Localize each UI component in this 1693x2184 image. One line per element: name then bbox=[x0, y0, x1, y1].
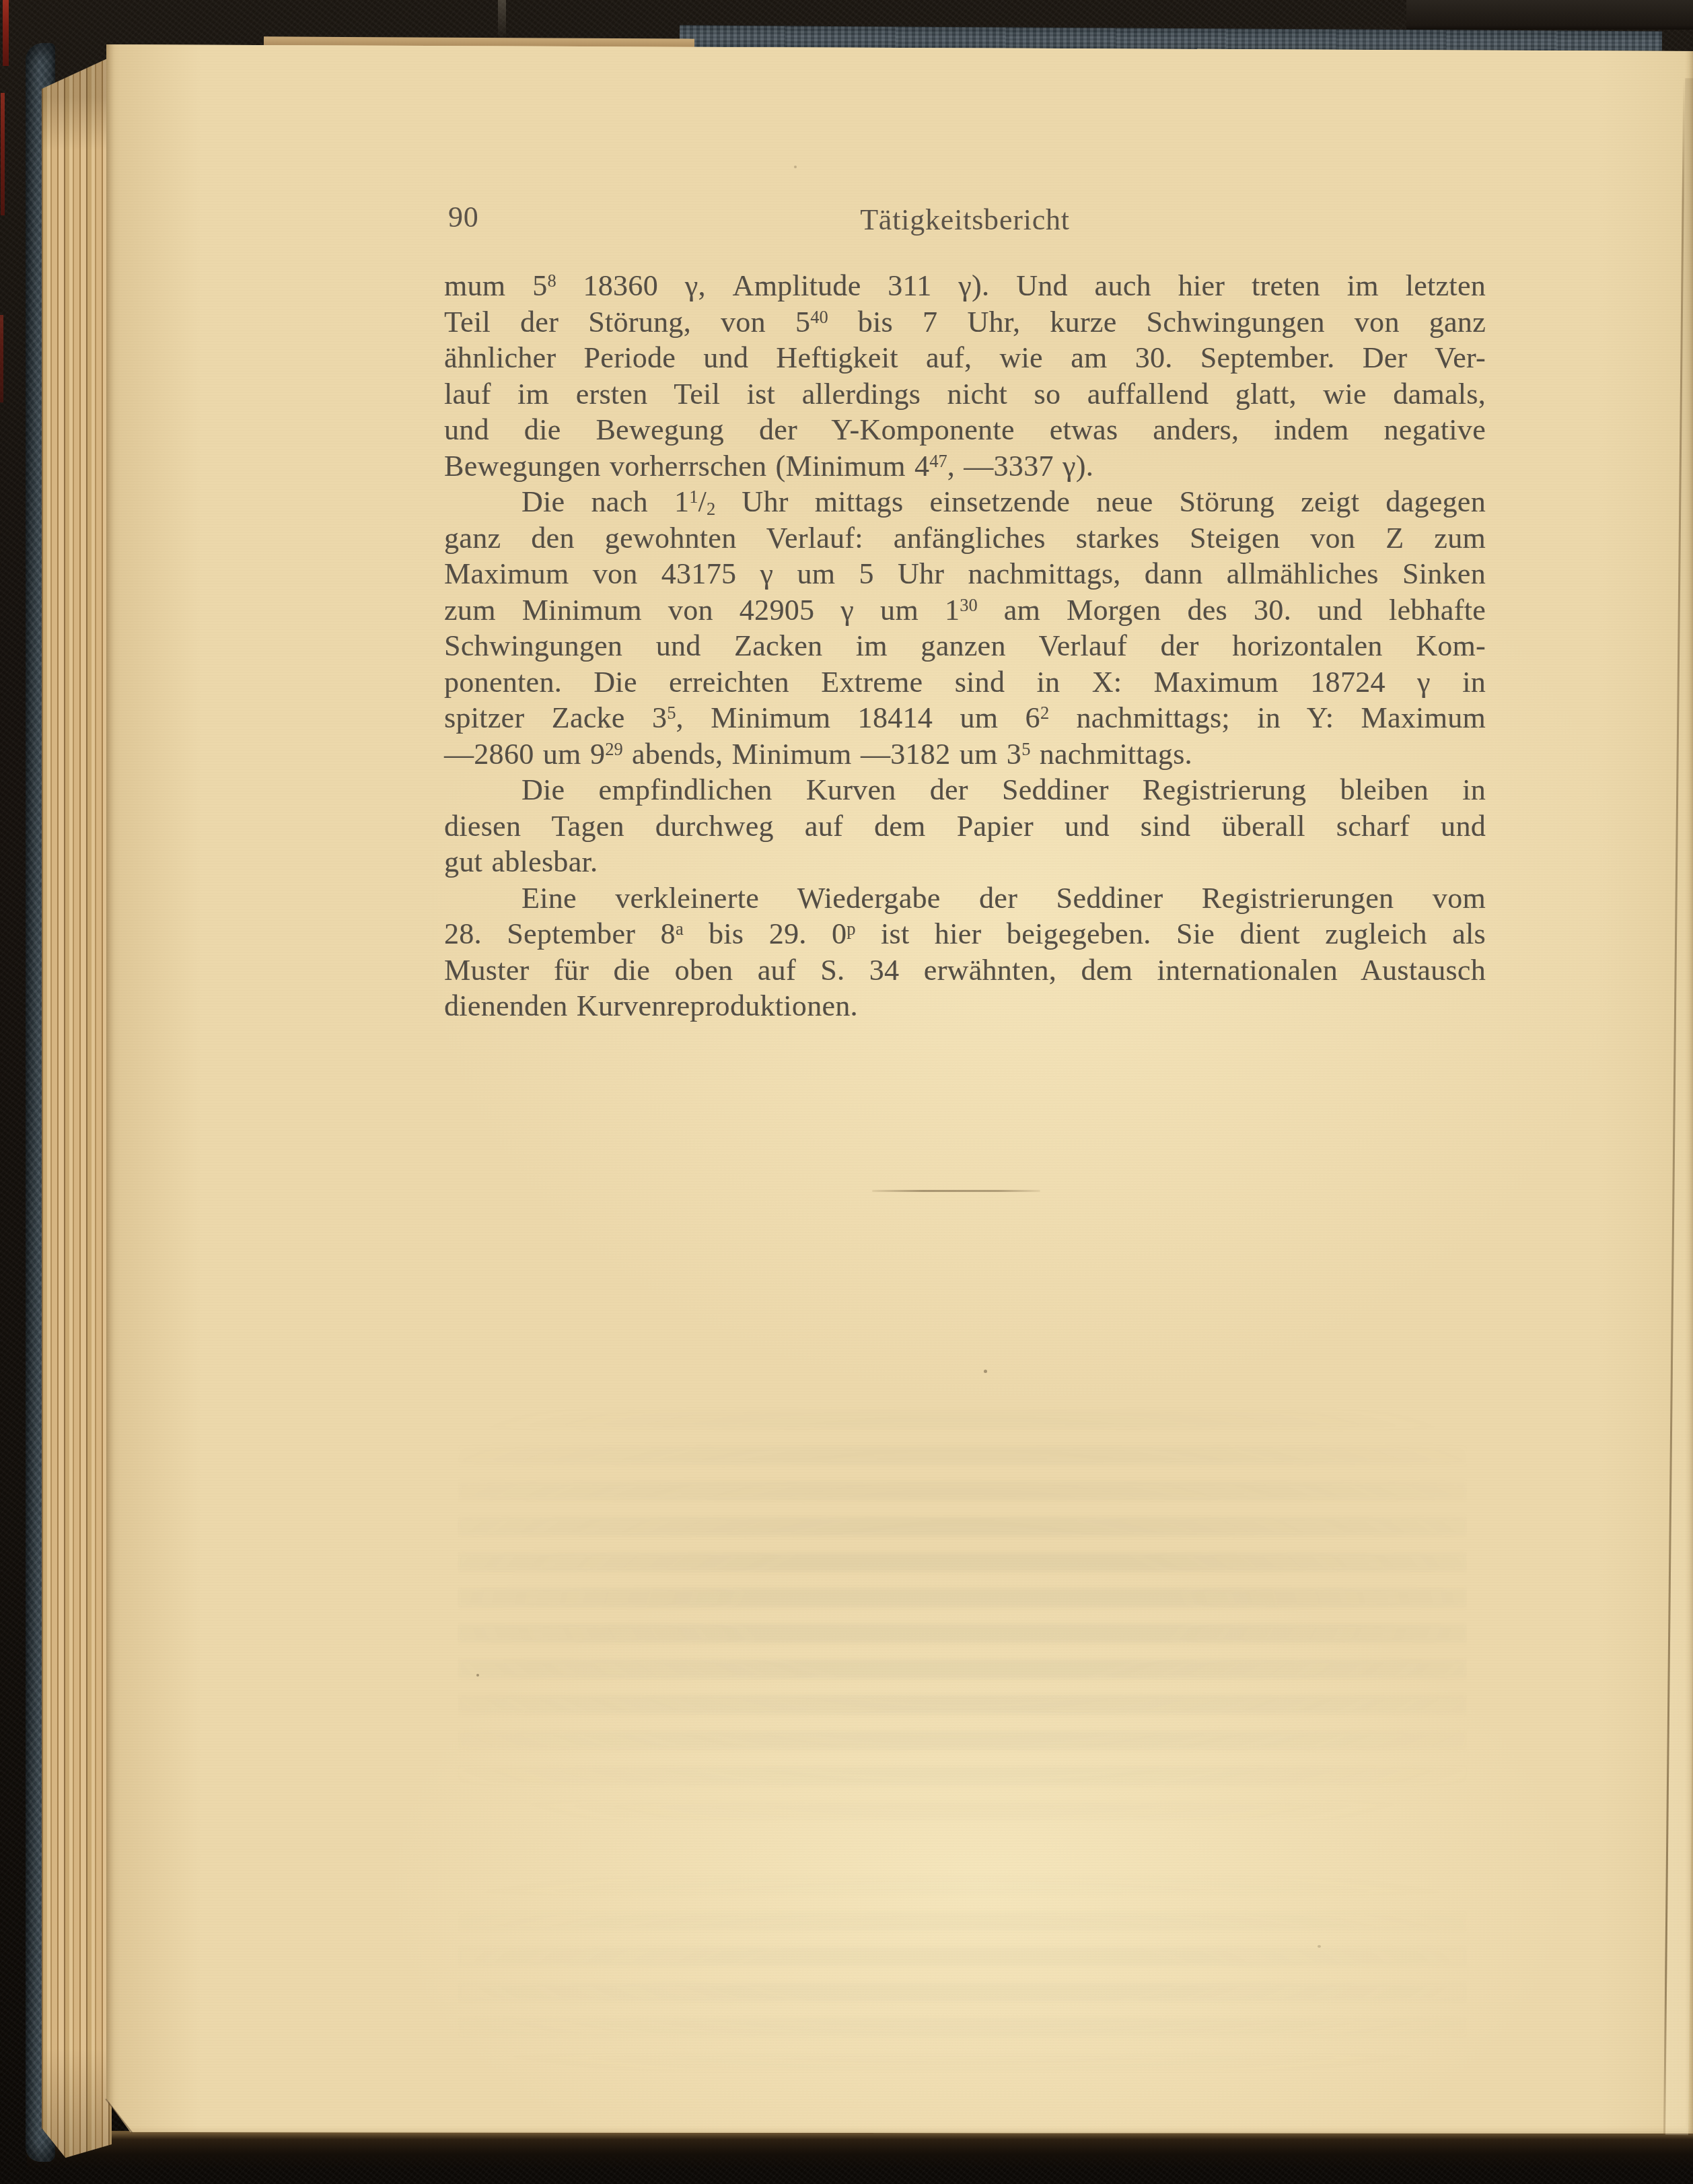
scan-streak-artifact bbox=[498, 0, 506, 40]
text-line: ponenten. Die erreichten Extreme sind in… bbox=[444, 664, 1486, 701]
body-text: mum 58 18360 γ, Amplitude 311 γ). Und au… bbox=[444, 268, 1486, 1024]
text-segment: Maximum von 43175 γ um 5 Uhr nachmittags… bbox=[444, 557, 1486, 590]
superscript: p bbox=[846, 919, 855, 939]
text-segment: dienenden Kurvenreproduktionen. bbox=[444, 989, 858, 1022]
text-line: Bewegungen vorherrschen (Minimum 447, —3… bbox=[444, 448, 1486, 485]
text-segment: nachmittags; in Y: Maximum bbox=[1049, 701, 1486, 734]
faint-pencil-line bbox=[872, 1190, 1040, 1192]
text-line: und die Bewegung der Y-Komponente etwas … bbox=[444, 412, 1486, 448]
scanner-corner-plate bbox=[1406, 0, 1693, 30]
superscript: 30 bbox=[960, 595, 977, 615]
text-bleed-through bbox=[458, 1397, 1467, 1821]
text-line: ähnlicher Periode und Heftigkeit auf, wi… bbox=[444, 340, 1486, 376]
text-segment: Eine verkleinerte Wiedergabe der Seddine… bbox=[521, 882, 1486, 915]
page-number: 90 bbox=[448, 201, 479, 234]
text-segment: bis 7 Uhr, kurze Schwingungen von ganz bbox=[828, 306, 1486, 339]
superscript: 47 bbox=[929, 451, 947, 471]
superscript: 29 bbox=[605, 739, 622, 759]
text-segment: mum 5 bbox=[444, 269, 547, 302]
paper-speck bbox=[984, 1370, 987, 1373]
text-line: mum 58 18360 γ, Amplitude 311 γ). Und au… bbox=[444, 268, 1486, 304]
superscript: 5 bbox=[1021, 739, 1030, 759]
text-segment: 18360 γ, Amplitude 311 γ). Und auch hier… bbox=[556, 269, 1486, 302]
text-segment: bis 29. 0 bbox=[684, 917, 847, 950]
text-segment: ähnlicher Periode und Heftigkeit auf, wi… bbox=[444, 341, 1486, 374]
text-segment: ist hier beigegeben. Sie dient zugleich … bbox=[856, 917, 1486, 950]
text-line: dienenden Kurvenreproduktionen. bbox=[444, 988, 1486, 1024]
text-segment: , —3337 γ). bbox=[947, 450, 1093, 483]
superscript: 40 bbox=[810, 307, 828, 327]
text-segment: am Morgen des 30. und lebhafte bbox=[978, 594, 1486, 627]
scan-artifact-red bbox=[0, 315, 3, 402]
text-segment: und die Bewegung der Y-Komponente etwas … bbox=[444, 413, 1486, 446]
book-bottom-shadow bbox=[27, 2131, 1693, 2170]
scan-artifact-red bbox=[3, 0, 9, 66]
text-segment: , Minimum 18414 um 6 bbox=[676, 701, 1040, 734]
paper-speck bbox=[794, 166, 797, 168]
text-segment: ganz den gewohnten Verlauf: anfängliches… bbox=[444, 522, 1486, 555]
running-head: Tätigkeitsbericht bbox=[860, 203, 1070, 237]
text-segment: Die nach 1 bbox=[521, 485, 689, 518]
text-segment: Die empfindlichen Kurven der Seddiner Re… bbox=[521, 773, 1486, 806]
text-segment: spitzer Zacke 3 bbox=[444, 701, 667, 734]
scan-artifact-red bbox=[1, 93, 5, 215]
page-header: 90 Tätigkeitsbericht bbox=[444, 201, 1486, 234]
text-segment: Teil der Störung, von 5 bbox=[444, 306, 810, 339]
text-line: Maximum von 43175 γ um 5 Uhr nachmittags… bbox=[444, 556, 1486, 592]
text-segment: 28. September 8 bbox=[444, 917, 676, 950]
paper-speck bbox=[1318, 1945, 1321, 1948]
text-line: Die empfindlichen Kurven der Seddiner Re… bbox=[444, 772, 1486, 808]
text-line: Eine verkleinerte Wiedergabe der Seddine… bbox=[444, 880, 1486, 917]
text-line: zum Minimum von 42905 γ um 130 am Morgen… bbox=[444, 592, 1486, 629]
superscript: 2 bbox=[1040, 703, 1049, 723]
superscript: 1 bbox=[689, 487, 698, 507]
subscript: 2 bbox=[707, 499, 715, 519]
text-line: lauf im ersten Teil ist allerdings nicht… bbox=[444, 376, 1486, 413]
text-segment: / bbox=[698, 485, 707, 518]
text-line: ganz den gewohnten Verlauf: anfängliches… bbox=[444, 520, 1486, 557]
text-segment: Bewegungen vorherrschen (Minimum 4 bbox=[444, 450, 929, 483]
text-segment: Schwingungen und Zacken im ganzen Verlau… bbox=[444, 629, 1486, 662]
text-segment: diesen Tagen durchweg auf dem Papier und… bbox=[444, 810, 1486, 843]
text-segment: lauf im ersten Teil ist allerdings nicht… bbox=[444, 378, 1486, 411]
text-line: 28. September 8a bis 29. 0p ist hier bei… bbox=[444, 916, 1486, 952]
text-line: —2860 um 929 abends, Minimum —3182 um 35… bbox=[444, 736, 1486, 773]
text-segment: Uhr mittags einsetzende neue Störung zei… bbox=[715, 485, 1486, 518]
superscript: 8 bbox=[547, 271, 556, 291]
superscript: 5 bbox=[667, 703, 676, 723]
text-line: Teil der Störung, von 540 bis 7 Uhr, kur… bbox=[444, 304, 1486, 341]
text-line: Muster für die oben auf S. 34 erwähnten,… bbox=[444, 952, 1486, 989]
scanned-book-photo: { "page": { "number": "90", "running_hea… bbox=[0, 0, 1693, 2184]
text-segment: ponenten. Die erreichten Extreme sind in… bbox=[444, 666, 1486, 699]
text-segment: nachmittags. bbox=[1030, 738, 1192, 771]
text-segment: zum Minimum von 42905 γ um 1 bbox=[444, 594, 960, 627]
text-segment: gut ablesbar. bbox=[444, 845, 598, 878]
text-segment: —2860 um 9 bbox=[444, 738, 605, 771]
text-bleed-through bbox=[458, 1871, 1467, 2073]
text-line: spitzer Zacke 35, Minimum 18414 um 62 na… bbox=[444, 700, 1486, 736]
page-edge-stack bbox=[42, 57, 112, 2158]
superscript: a bbox=[676, 919, 684, 939]
text-line: diesen Tagen durchweg auf dem Papier und… bbox=[444, 808, 1486, 845]
text-line: Schwingungen und Zacken im ganzen Verlau… bbox=[444, 628, 1486, 664]
text-line: Die nach 11/2 Uhr mittags einsetzende ne… bbox=[444, 484, 1486, 520]
text-segment: abends, Minimum —3182 um 3 bbox=[623, 738, 1022, 771]
text-line: gut ablesbar. bbox=[444, 844, 1486, 880]
paper-speck bbox=[476, 1674, 479, 1677]
text-segment: Muster für die oben auf S. 34 erwähnten,… bbox=[444, 954, 1486, 987]
